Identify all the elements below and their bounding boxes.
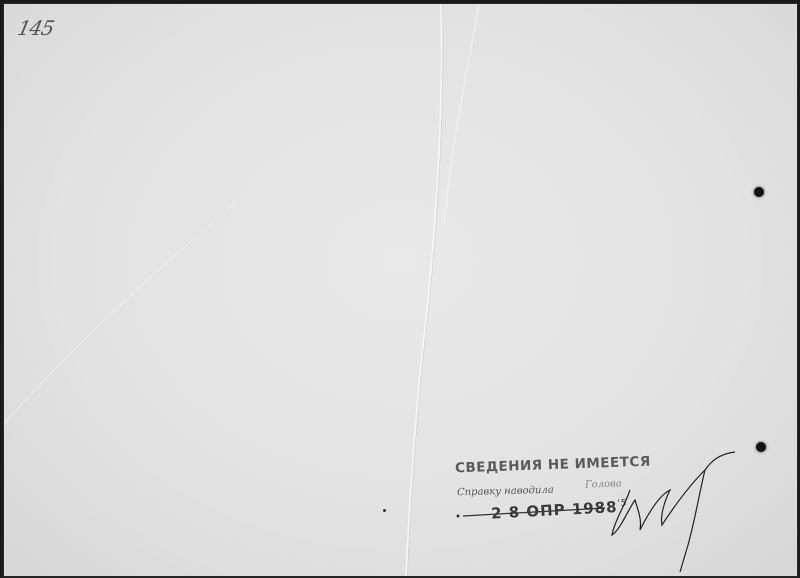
handwritten-page-number: 145	[15, 16, 55, 40]
punch-hole-top	[754, 187, 764, 197]
ink-dot	[383, 509, 386, 512]
punch-hole-bottom	[756, 442, 766, 452]
handwritten-signature	[600, 450, 750, 575]
stamp-clerk-line: Справку наводила	[457, 485, 554, 499]
